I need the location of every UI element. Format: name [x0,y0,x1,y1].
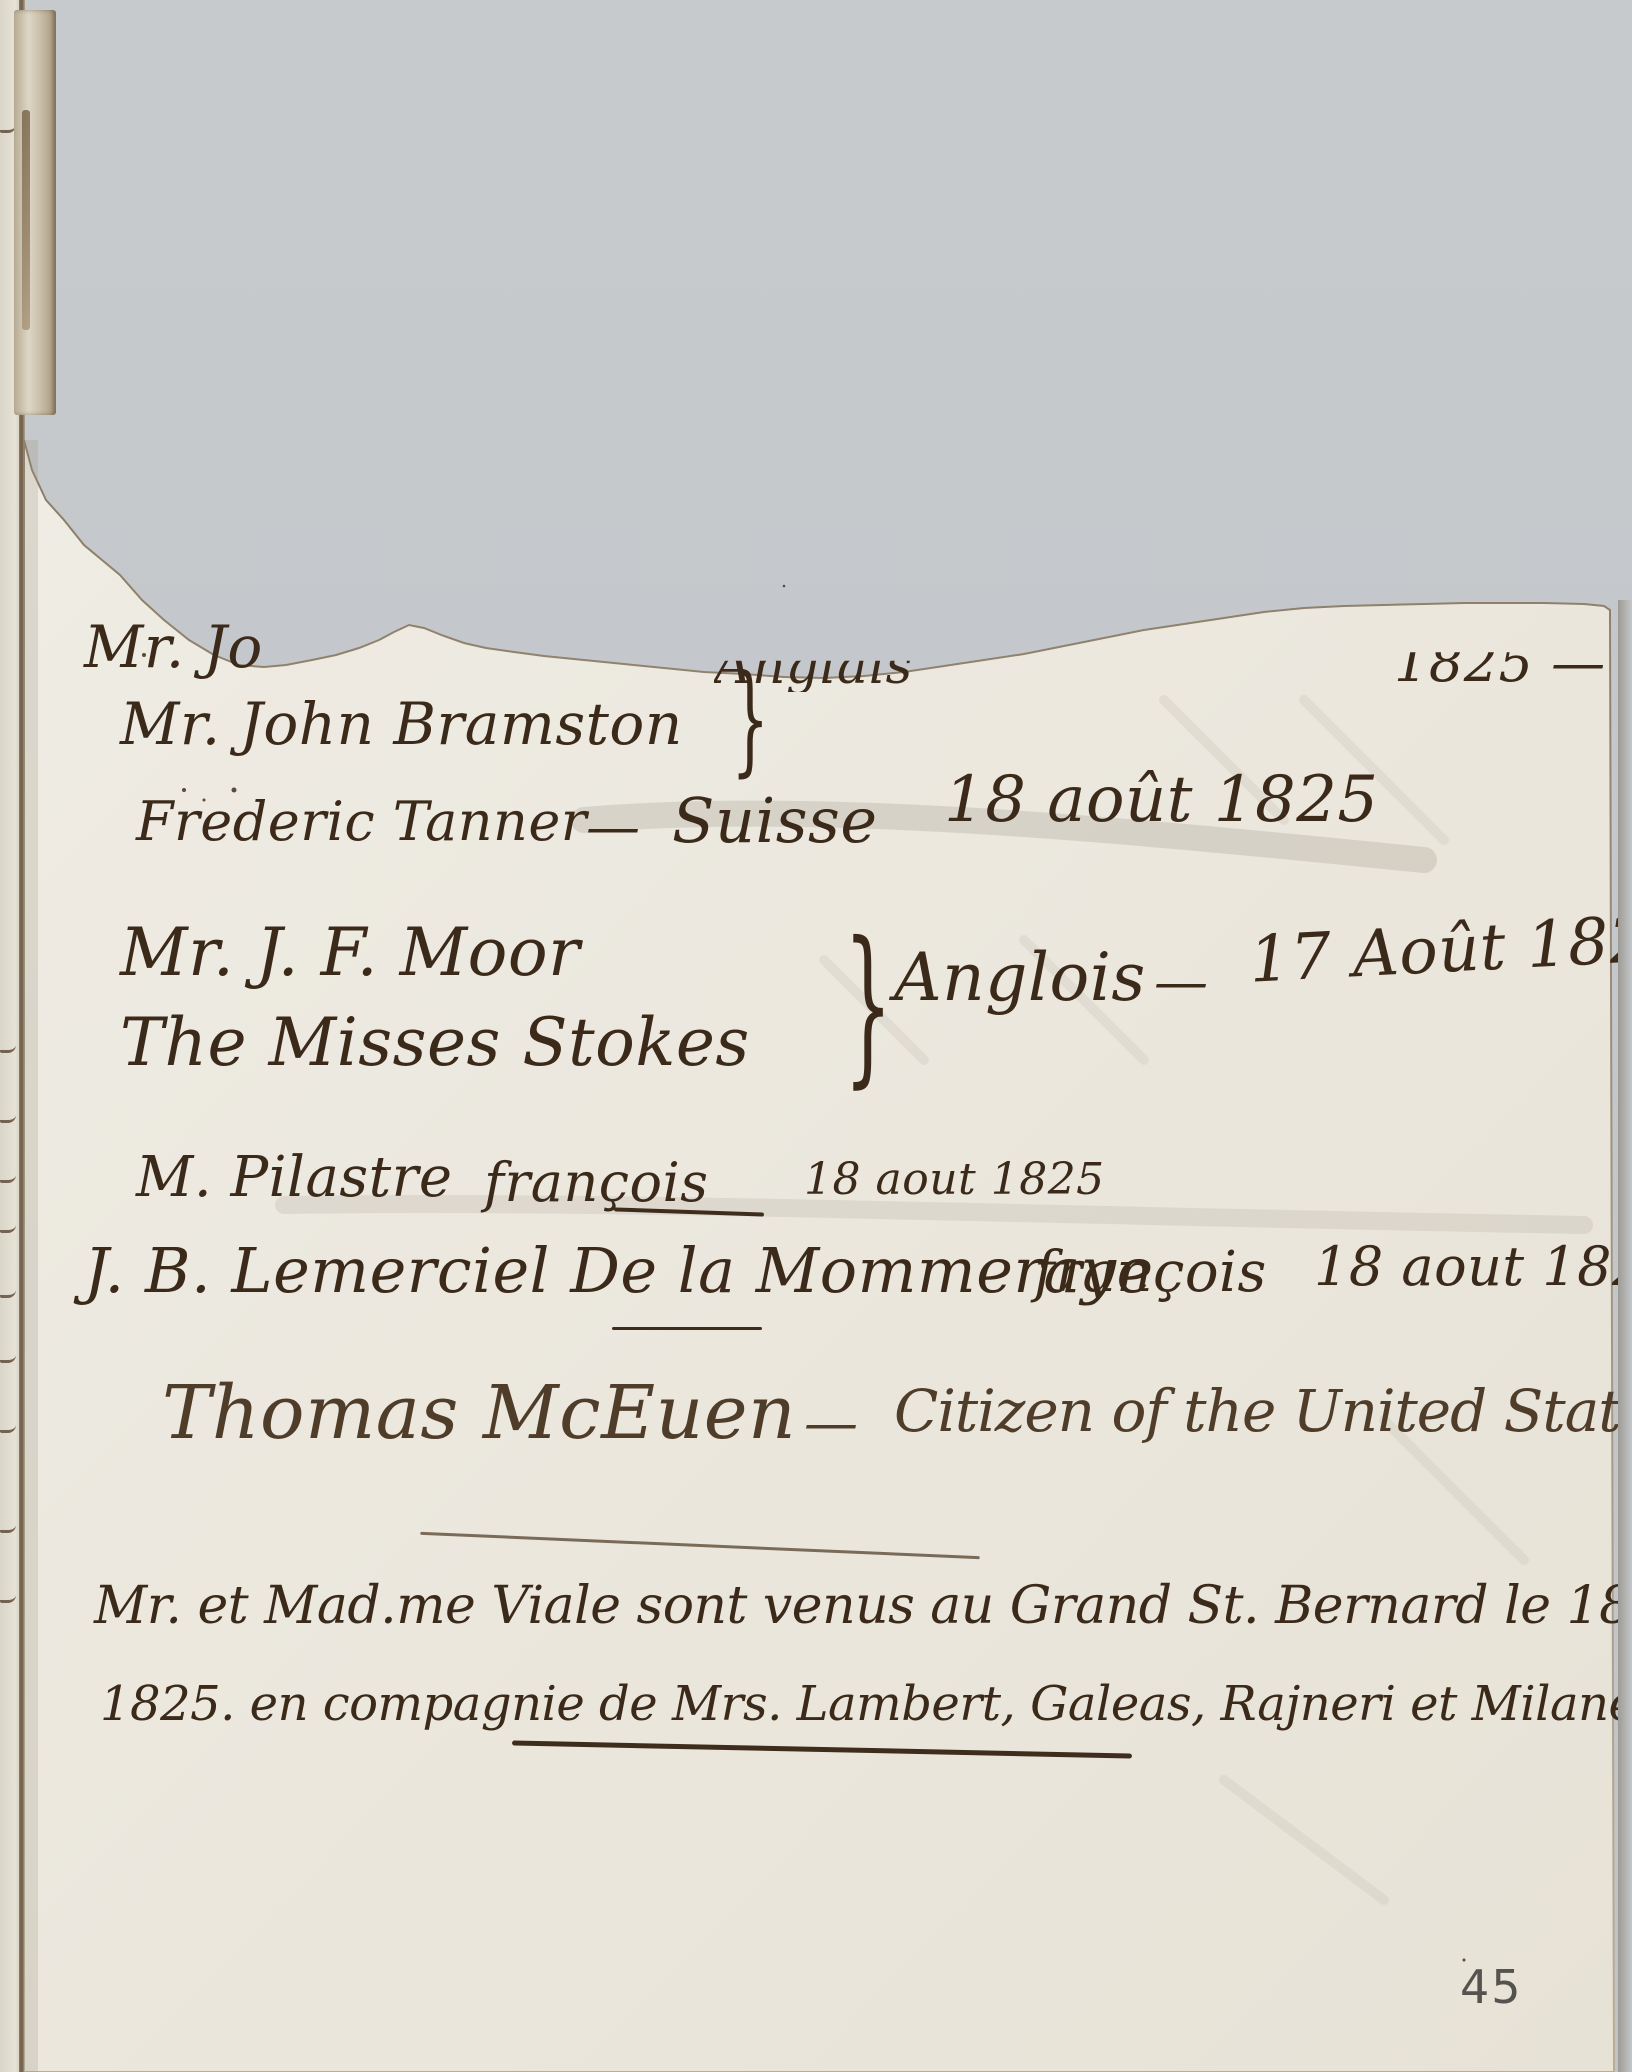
entry-4-brace: } [844,920,893,1090]
entry-5-date: 18 aout 1825 [804,1158,1105,1202]
manuscript-page: Mr. Jo Anglais 1825 — Mr. John Bramston … [24,0,1620,2072]
entry-4-name-1: Mr. J. F. Moor [120,920,580,986]
entry-2-brace: } [731,660,769,780]
entry-2-name: Mr. John Bramston [120,695,683,753]
entry-4-separator: — [1154,955,1209,1009]
entry-6-name: J. B. Lemerciel De la Mommeraye [84,1240,1154,1302]
entry-6-nationality: françois [1034,1245,1267,1301]
entry-3-name: Frederic Tanner [136,795,587,849]
entry-1-name-fragment: Mr. Jo [84,618,263,676]
entry-7-name: Thomas McEuen [162,1376,796,1450]
entry-3-nationality: Suisse [672,790,878,852]
entry-6-underline-mark [612,1327,762,1330]
entry-8-line-1: Mr. et Mad.me Viale sont venus au Grand … [94,1580,1632,1632]
entry-5-name: M. Pilastre [136,1150,452,1206]
entry-4-name-2: The Misses Stokes [120,1010,750,1076]
entry-7-nationality: Citizen of the United States [894,1382,1632,1440]
entry-3-date: 18 août 1825 [944,768,1379,832]
page-right-edge-shadow [1618,600,1632,2072]
entry-5-nationality: françois [484,1156,709,1210]
entry-3-separator: — [586,800,641,854]
entry-7-separator: — [804,1396,859,1450]
folio-number: 45 [1460,1960,1523,2014]
entry-6-date: 18 aout 1825 [1314,1240,1632,1294]
entry-8-line-2: 1825. en compagnie de Mrs. Lambert, Gale… [100,1680,1632,1728]
entry-4-nationality: Anglois [894,945,1146,1011]
